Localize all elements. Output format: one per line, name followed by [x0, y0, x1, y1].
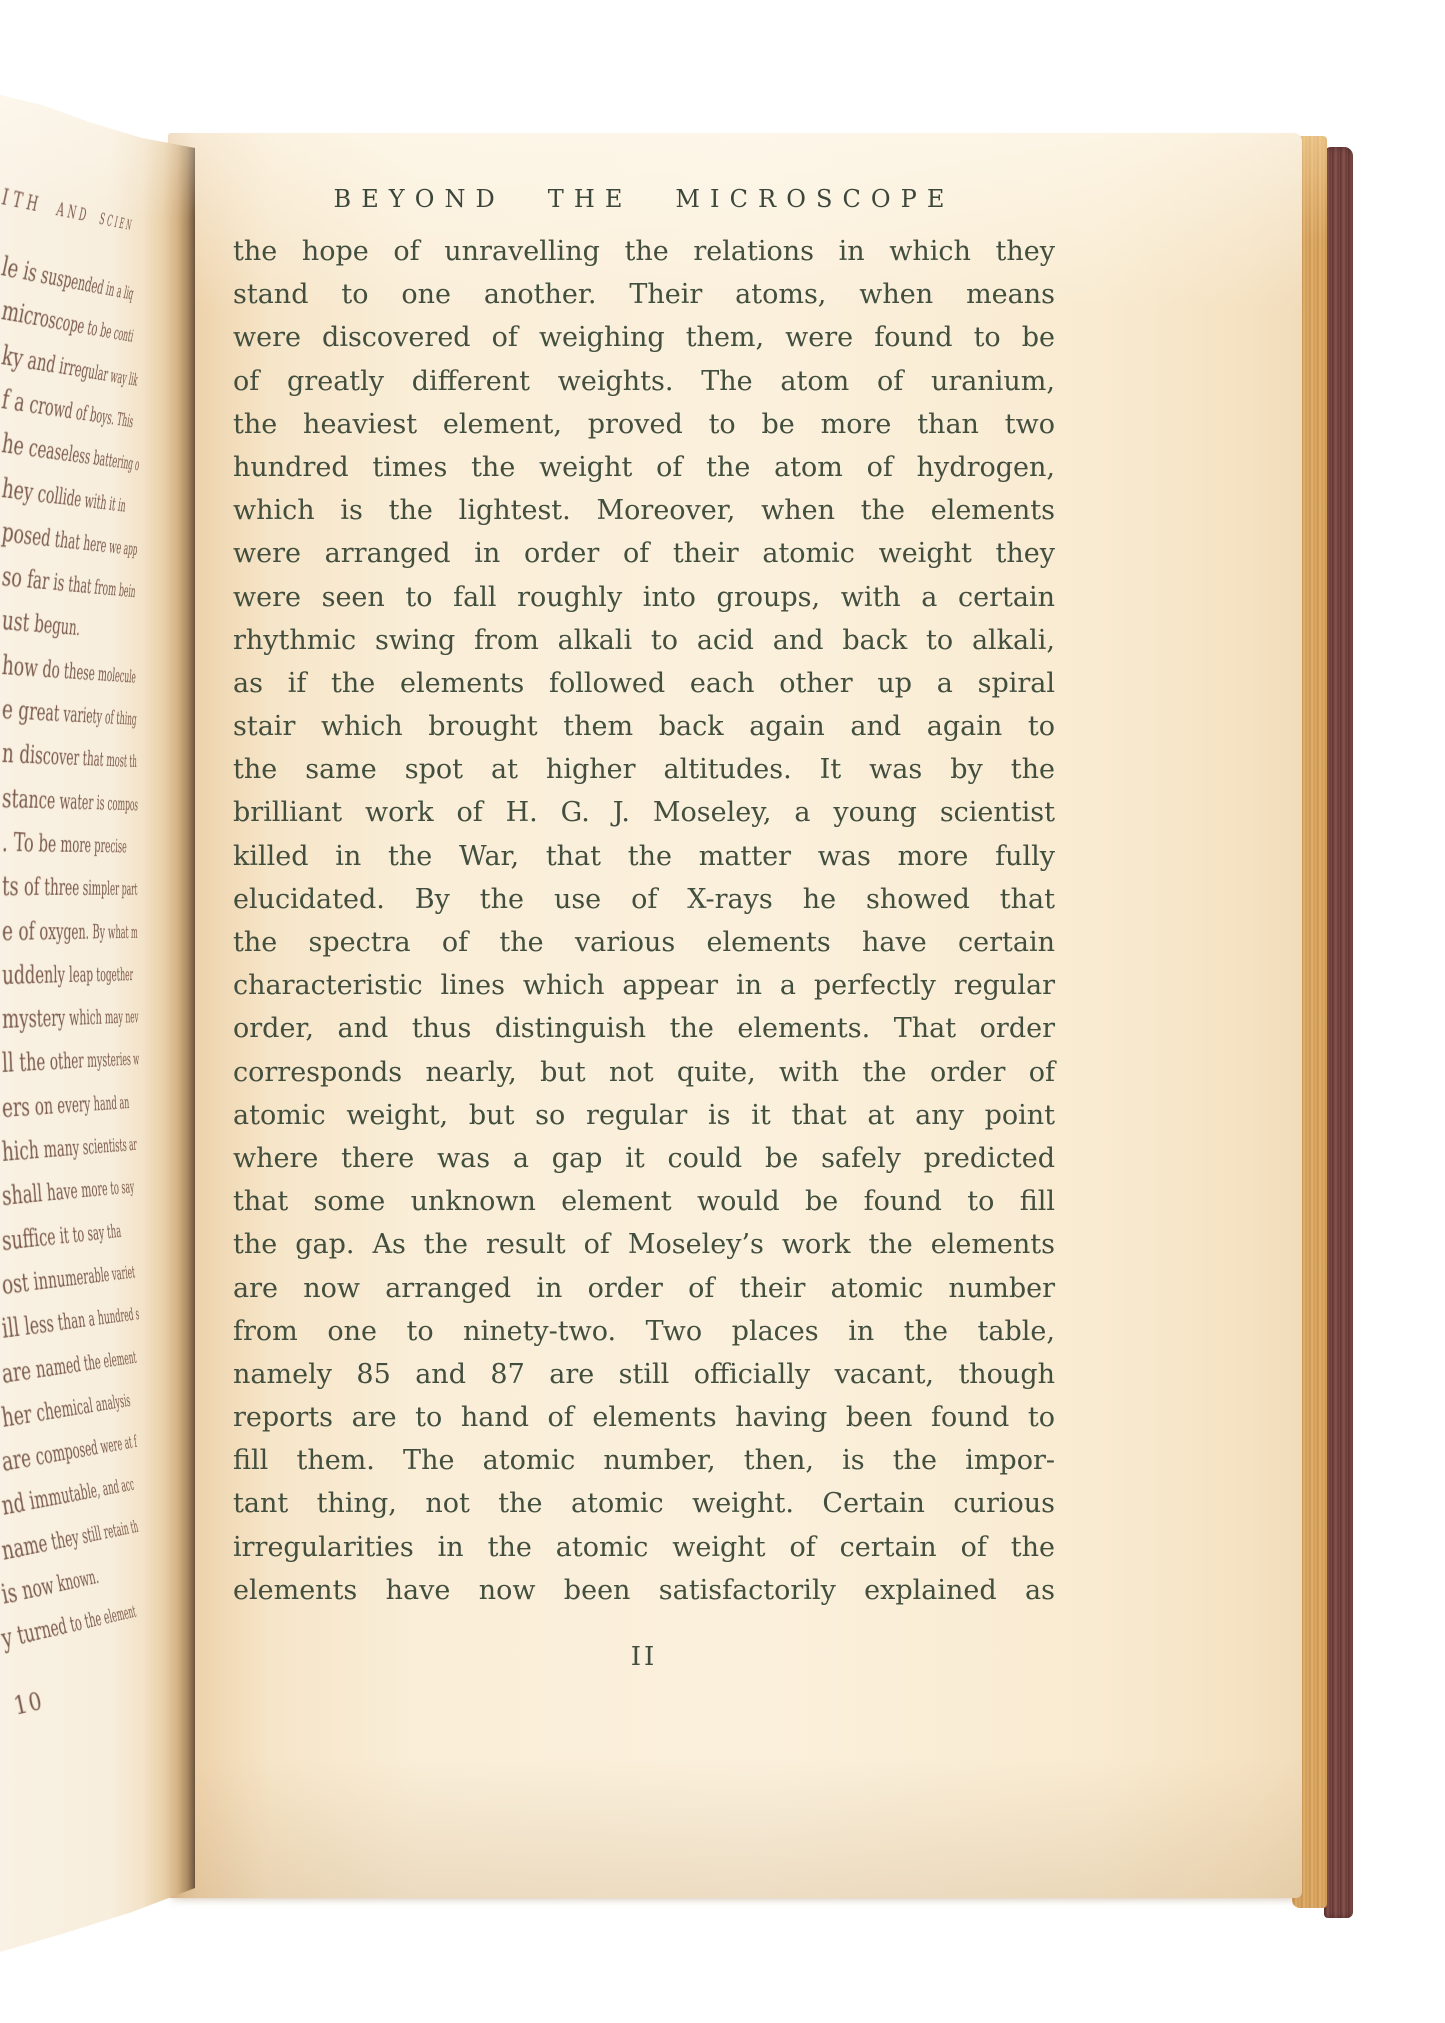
book-photo: BEYOND THE MICROSCOPE the hope of unrave…	[0, 0, 1445, 2023]
right-page-line: from one to ninety-two. Two places in th…	[233, 1310, 1055, 1353]
left-page-line: y turned to the element	[0, 1601, 146, 1657]
right-page-line: atomic weight, but so regular is it that…	[233, 1094, 1055, 1137]
left-page-line: so far is that from bein	[0, 560, 148, 603]
left-page-running-header: ITH AND SCIEN	[0, 185, 146, 236]
left-page-line: suffice it to say tha	[1, 1219, 148, 1258]
left-page-line: are composed were at f	[0, 1431, 147, 1480]
right-page-line: brilliant work of H. G. J. Moseley, a yo…	[233, 791, 1055, 834]
left-page-line: he ceaseless battering o	[0, 427, 147, 476]
left-page-line: e great variety of thing	[1, 693, 148, 730]
right-page-text: the hope of unravelling the relations in…	[233, 230, 1055, 1612]
right-page-line: stair which brought them back again and …	[233, 705, 1055, 748]
left-page-line: nd immutable, and acc	[0, 1473, 147, 1524]
right-page-line: killed in the War, that the matter was m…	[233, 835, 1055, 878]
right-page-number: II	[233, 1642, 1055, 1672]
right-page: BEYOND THE MICROSCOPE the hope of unrave…	[168, 133, 1302, 1898]
left-page-line: her chemical analysis	[0, 1389, 147, 1436]
right-page-line: elements have now been satisfactorily ex…	[233, 1569, 1055, 1612]
left-page-line: mystery which may nev	[2, 1003, 148, 1037]
right-page-line: fill them. The atomic number, then, is t…	[233, 1439, 1055, 1482]
left-page-line: ky and irregular way lik	[0, 339, 147, 392]
right-page-line: hundred times the weight of the atom of …	[233, 446, 1055, 489]
right-page-line: as if the elements followed each other u…	[233, 662, 1055, 705]
right-page-running-header: BEYOND THE MICROSCOPE	[233, 185, 1055, 213]
right-page-line: that some unknown element would be found…	[233, 1180, 1055, 1223]
right-page-line: the heaviest element, proved to be more …	[233, 403, 1055, 446]
right-page-line: the same spot at higher altitudes. It wa…	[233, 748, 1055, 791]
right-page-line: the hope of unravelling the relations in…	[233, 230, 1055, 273]
left-page-line: ust begun.	[0, 604, 148, 645]
left-page-number: 10	[11, 1655, 195, 1721]
left-page-line: ll the other mysteries w	[1, 1047, 147, 1081]
right-page-line: characteristic lines which appear in a p…	[233, 964, 1055, 1007]
right-page-line: were discovered of weighing them, were f…	[233, 316, 1055, 359]
right-page-line: reports are to hand of elements having b…	[233, 1396, 1055, 1439]
right-page-line: irregularities in the atomic weight of c…	[233, 1526, 1055, 1569]
right-page-line: namely 85 and 87 are still officially va…	[233, 1353, 1055, 1396]
left-page-line: uddenly leap together	[2, 959, 148, 993]
right-page-line: tant thing, not the atomic weight. Certa…	[233, 1482, 1055, 1525]
left-page-line: e of oxygen. By what m	[2, 915, 148, 949]
left-page-line: are named the element	[0, 1346, 148, 1391]
left-page-line: n discover that most th	[1, 737, 148, 773]
left-page-line: shall have more to say	[1, 1177, 148, 1214]
left-page-line: ill less than a hundred s	[0, 1304, 148, 1347]
right-page-line: where there was a gap it could be safely…	[233, 1137, 1055, 1180]
book-cover-edge	[1324, 147, 1353, 1918]
left-page-line: ers on every hand an	[1, 1092, 148, 1126]
right-page-line: stand to one another. Their atoms, when …	[233, 273, 1055, 316]
right-page-line: were seen to fall roughly into groups, w…	[233, 576, 1055, 619]
left-page-line: how do these molecule	[1, 649, 148, 688]
right-page-line: of greatly different weights. The atom o…	[233, 360, 1055, 403]
left-page-line: posed that here we app	[0, 516, 148, 561]
left-page-line: stance water is compos	[1, 782, 148, 816]
left-page-line: ost innumerable variet	[0, 1261, 148, 1302]
right-page-line: are now arranged in order of their atomi…	[233, 1267, 1055, 1310]
right-page-line: which is the lightest. Moreover, when th…	[233, 489, 1055, 532]
right-page-line: order, and thus distinguish the elements…	[233, 1007, 1055, 1050]
left-page-line: hich many scientists ar	[1, 1134, 148, 1170]
left-page-line: f a crowd of boys. This	[0, 383, 147, 434]
right-page-line: corresponds nearly, but not quite, with …	[233, 1051, 1055, 1094]
right-page-line: rhythmic swing from alkali to acid and b…	[233, 619, 1055, 662]
right-page-line: the spectra of the various elements have…	[233, 921, 1055, 964]
right-page-line: the gap. As the result of Moseley’s work…	[233, 1223, 1055, 1266]
left-page-line: ts of three simpler part	[2, 870, 148, 904]
right-page-line: were arranged in order of their atomic w…	[233, 532, 1055, 575]
left-page: ITH AND SCIEN le is suspended in a liqmi…	[0, 88, 195, 1960]
left-page-line: hey collide with it in	[0, 472, 147, 519]
right-page-line: elucidated. By the use of X-rays he show…	[233, 878, 1055, 921]
left-page-line: . To be more precise	[1, 826, 147, 860]
